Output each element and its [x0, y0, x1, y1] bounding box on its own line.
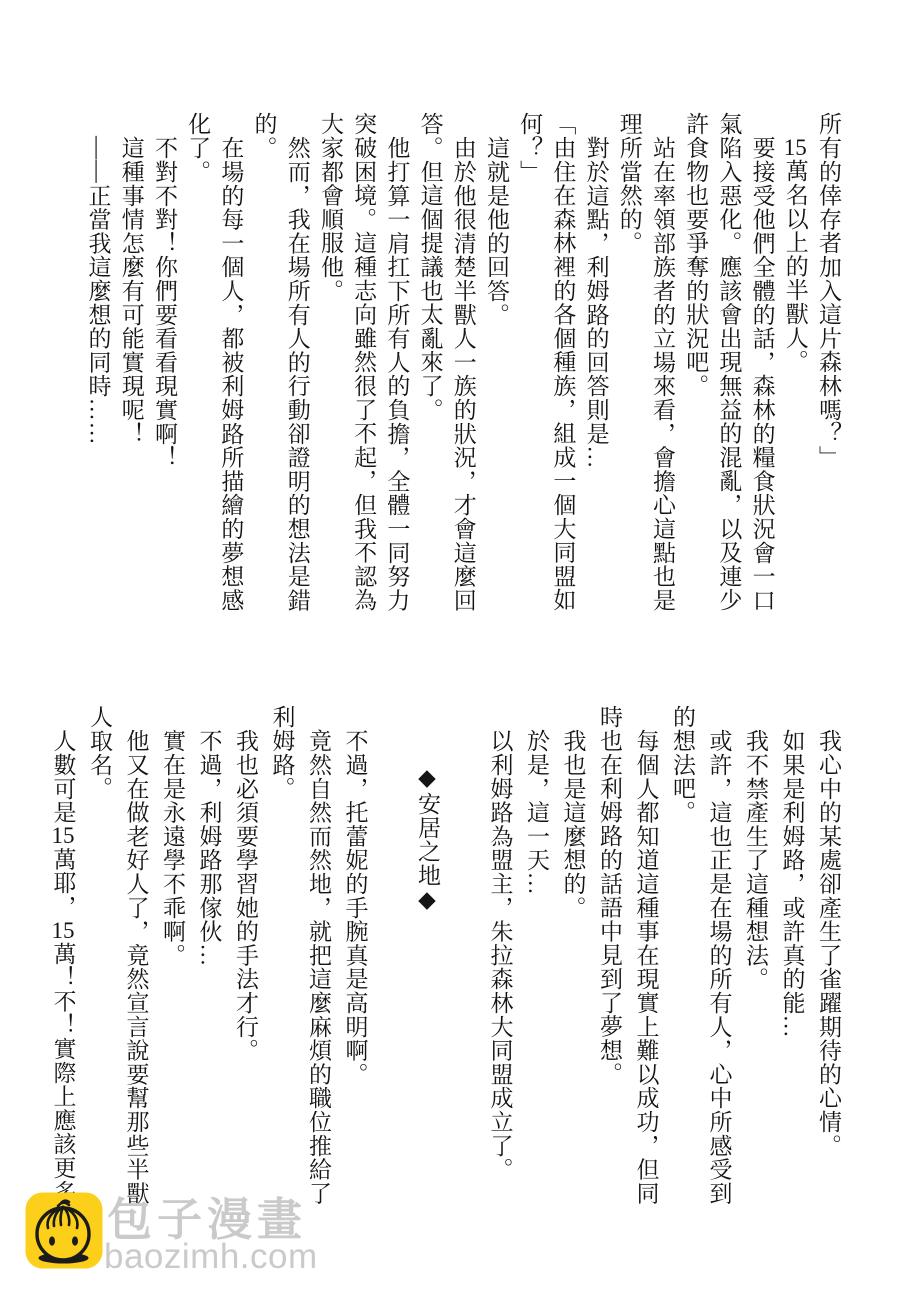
- novel-text-line: 「由住在森林裡的各個種族，組成一個大同盟如: [546, 112, 579, 614]
- novel-text-line: 站在率領部族者的立場來看，會擔心這點也是: [646, 112, 679, 614]
- novel-text-line: 每個人都知道這種事在現實上難以成功，但同: [627, 705, 664, 1208]
- novel-text-line: ——正當我這麼想的同時……: [81, 112, 114, 614]
- novel-text-line: 答。但這個提議也太亂來了。: [413, 112, 446, 614]
- novel-text-line: 不過，利姆路那傢伙…: [190, 705, 227, 1208]
- novel-text-block-top: 所有的倖存者加入這片森林嗎？」15萬名以上的半獸人。要接受他們全體的話，森林的糧…: [81, 112, 845, 614]
- novel-text-line: 對於這點，利姆路的回答則是…: [579, 112, 612, 614]
- novel-text-line: 許食物也要爭奪的狀況吧。: [679, 112, 712, 614]
- novel-text-line: 不過，托蕾妮的手腕真是高明啊。: [336, 705, 373, 1208]
- novel-text-line: 我不禁產生了這種想法。: [737, 705, 774, 1208]
- novel-text-line: 不對不對！你們要看看現實啊！: [148, 112, 181, 614]
- novel-text-line: 人取名。: [81, 705, 118, 1208]
- novel-text-line: 竟然自然而然地，就把這麼麻煩的職位推給了: [300, 705, 337, 1208]
- novel-text-line: 如果是利姆路，或許真的能…: [773, 705, 810, 1208]
- novel-text-line: 我也必須要學習她的手法才行。: [227, 705, 264, 1208]
- novel-text-line: 時也在利姆路的話語中見到了夢想。: [591, 705, 628, 1208]
- novel-text-line: 我也是這麼想的。: [554, 705, 591, 1208]
- novel-text-line: 於是，這一天…: [518, 705, 555, 1208]
- novel-text-line: 化了。: [181, 112, 214, 614]
- novel-text-line: 的。: [247, 112, 280, 614]
- watermark-domain-text: baozimh.com: [104, 1238, 318, 1275]
- novel-text-line: 他打算一肩扛下所有人的負擔，全體一同努力: [380, 112, 413, 614]
- novel-text-line: 以利姆路為盟主，朱拉森林大同盟成立了。: [481, 705, 518, 1208]
- novel-text-line: 這種事情怎麼有可能實現呢！: [115, 112, 148, 614]
- novel-text-line: 突破困境。這種志向雖然很了不起，但我不認為: [347, 112, 380, 614]
- novel-text-block-bottom: 我心中的某處卻產生了雀躍期待的心情。如果是利姆路，或許真的能…我不禁產生了這種想…: [44, 705, 846, 1208]
- novel-text-line: 氣陷入惡化。應該會出現無益的混亂，以及連少: [712, 112, 745, 614]
- novel-page: 所有的倖存者加入這片森林嗎？」15萬名以上的半獸人。要接受他們全體的話，森林的糧…: [0, 0, 914, 1300]
- novel-text-line: 大家都會順服他。: [314, 112, 347, 614]
- section-heading: ◆安居之地◆: [409, 705, 446, 1208]
- novel-text-line: 理所當然的。: [613, 112, 646, 614]
- novel-text-line: 利姆路。: [263, 705, 300, 1208]
- novel-text-line: 何？」: [513, 112, 546, 614]
- novel-text-line: 15萬名以上的半獸人。: [779, 112, 812, 614]
- novel-text-line: 然而，我在場所有人的行動卻證明的想法是錯: [281, 112, 314, 614]
- novel-text-line: 或許，這也正是在場的所有人，心中所感受到: [700, 705, 737, 1208]
- novel-text-line: 人數可是15萬耶，15萬！不！實際上應該更多: [44, 705, 81, 1208]
- novel-text-line: 我心中的某處卻產生了雀躍期待的心情。: [810, 705, 847, 1208]
- novel-text-line: 實在是永遠學不乖啊。: [154, 705, 191, 1208]
- novel-text-line: 的想法吧。: [664, 705, 701, 1208]
- novel-text-line: 所有的倖存者加入這片森林嗎？」: [812, 112, 845, 614]
- novel-text-line: 由於他很清楚半獸人一族的狀況，才會這麼回: [447, 112, 480, 614]
- novel-text-line: 他又在做老好人了，竟然宣言說要幫那些半獸: [117, 705, 154, 1208]
- novel-text-line: 要接受他們全體的話，森林的糧食狀況會一口: [745, 112, 778, 614]
- novel-text-line: 這就是他的回答。: [480, 112, 513, 614]
- novel-text-line: 在場的每一個人，都被利姆路所描繪的夢想感: [214, 112, 247, 614]
